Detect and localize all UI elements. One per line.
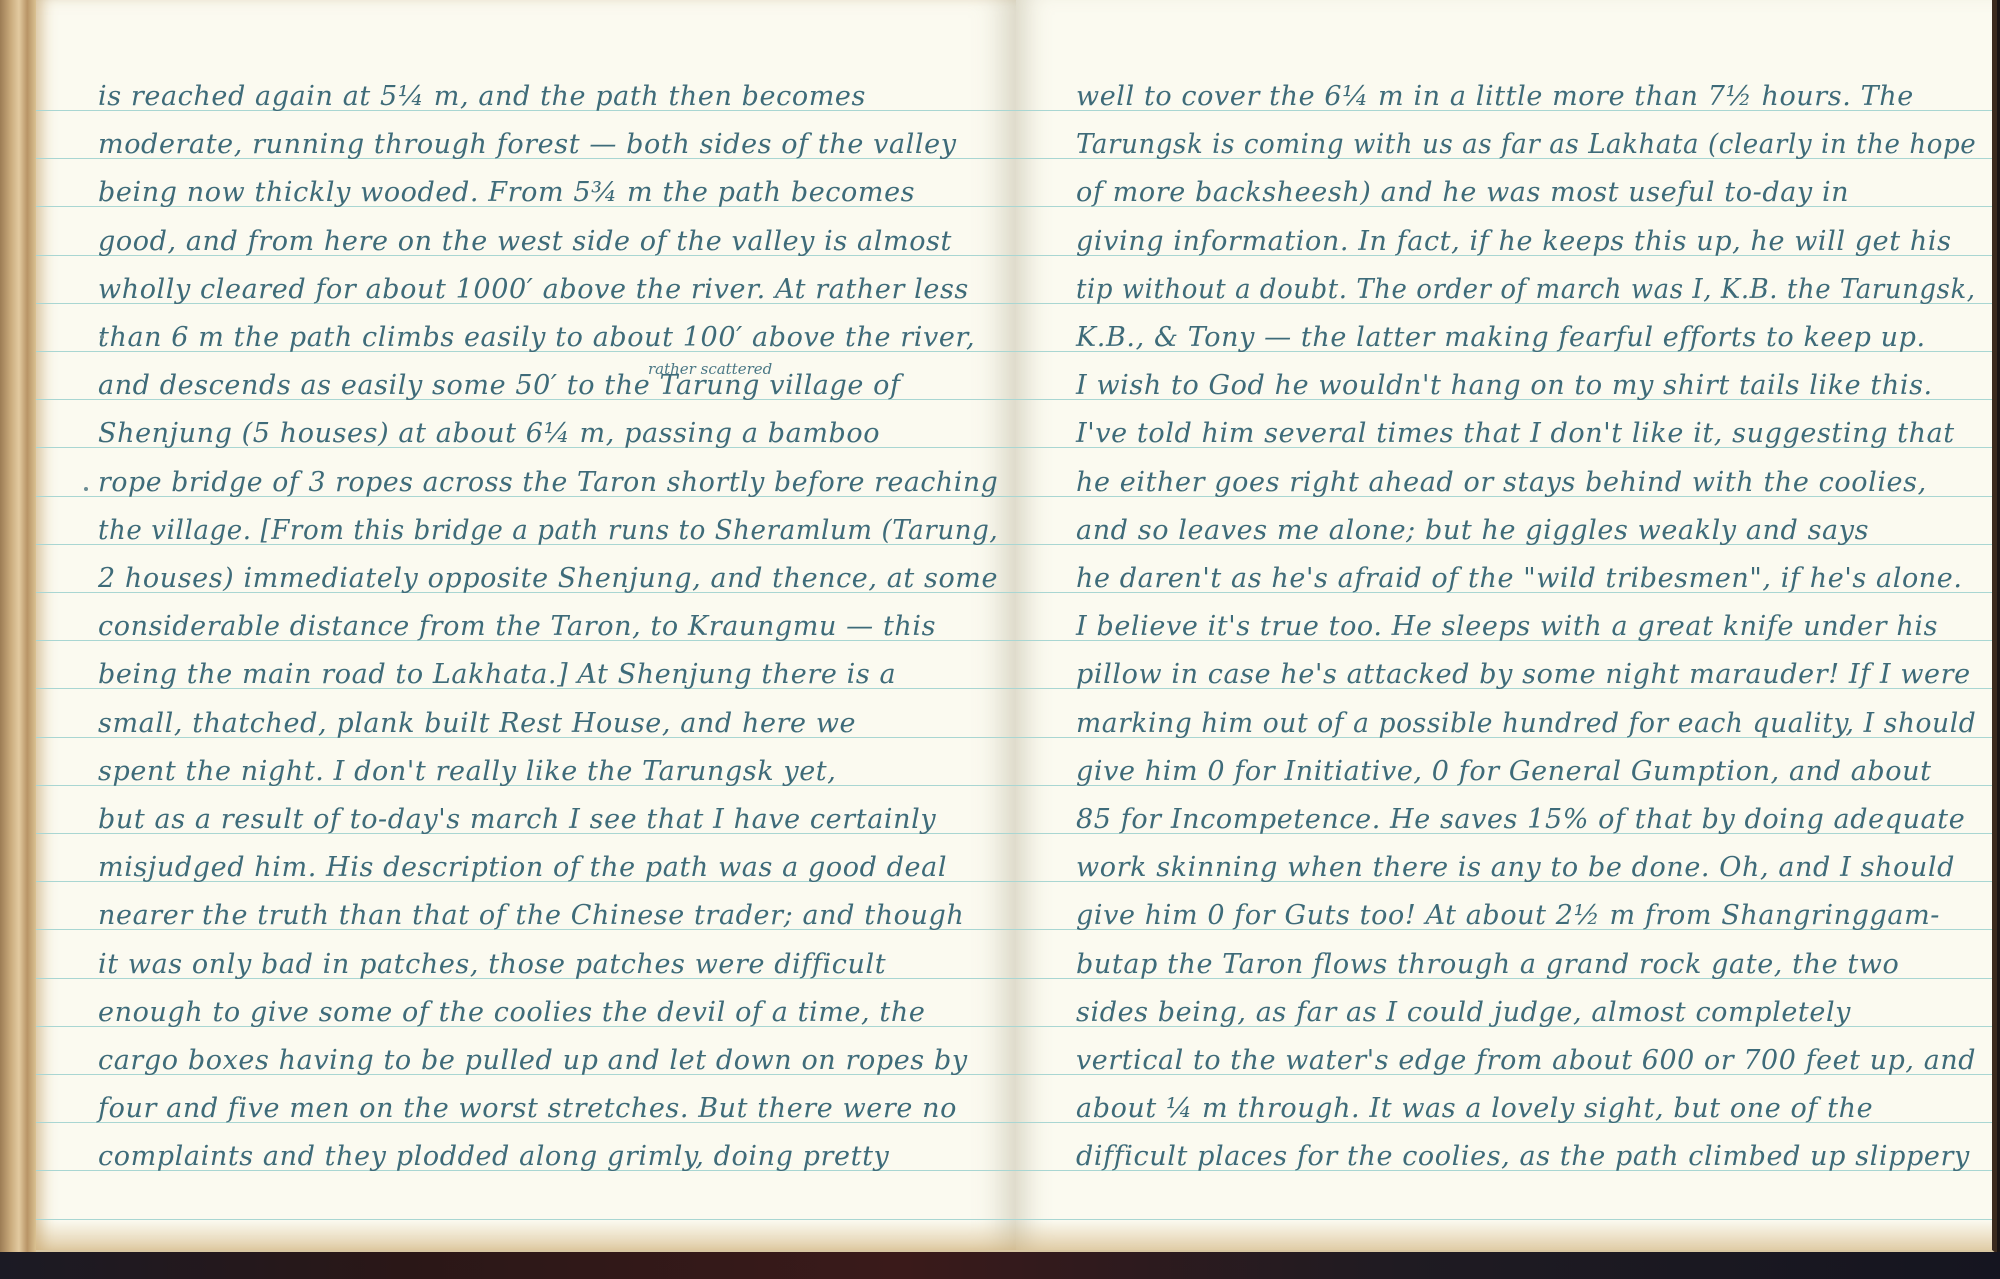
handwritten-line: vertical to the water's edge from about … — [1076, 1044, 1976, 1078]
desk-background — [0, 1252, 2000, 1279]
margin-mark — [84, 487, 88, 491]
handwritten-line: considerable distance from the Taron, to… — [98, 610, 936, 644]
handwritten-line: work skinning when there is any to be do… — [1076, 851, 1955, 885]
handwritten-line: tip without a doubt. The order of march … — [1076, 273, 1976, 307]
handwritten-line: good, and from here on the west side of … — [98, 225, 952, 259]
handwritten-line: is reached again at 5¼ m, and the path t… — [98, 80, 866, 114]
handwritten-line: marking him out of a possible hundred fo… — [1076, 707, 1976, 741]
left-page: is reached again at 5¼ m, and the path t… — [36, 0, 1016, 1254]
handwritten-line: give him 0 for Initiative, 0 for General… — [1076, 755, 1932, 789]
handwritten-line: Shenjung (5 houses) at about 6¼ m, passi… — [98, 417, 880, 451]
handwritten-line: misjudged him. His description of the pa… — [98, 851, 947, 885]
margin-mark — [100, 335, 104, 339]
handwritten-line: moderate, running through forest — both … — [98, 128, 957, 162]
handwritten-line: and so leaves me alone; but he giggles w… — [1076, 514, 1869, 548]
ruled-line — [1016, 1219, 1992, 1220]
ruled-line — [36, 1219, 1016, 1220]
handwritten-line: small, thatched, plank built Rest House,… — [98, 707, 856, 741]
handwritten-line: he either goes right ahead or stays behi… — [1076, 466, 1927, 500]
handwritten-line: I believe it's true too. He sleeps with … — [1076, 610, 1938, 644]
handwritten-line: and descends as easily some 50′ to the T… — [98, 369, 901, 403]
handwritten-line: pillow in case he's attacked by some nig… — [1076, 658, 1971, 692]
handwritten-line: wholly cleared for about 1000′ above the… — [98, 273, 969, 307]
handwritten-line: I wish to God he wouldn't hang on to my … — [1076, 369, 1933, 403]
handwritten-line: difficult places for the coolies, as the… — [1076, 1140, 1970, 1174]
handwritten-line: 2 houses) immediately opposite Shenjung,… — [98, 562, 998, 596]
handwritten-line: about ¼ m through. It was a lovely sight… — [1076, 1092, 1873, 1126]
handwritten-line: being the main road to Lakhata.] At Shen… — [98, 658, 896, 692]
handwritten-line: enough to give some of the coolies the d… — [98, 996, 925, 1030]
handwritten-line: sides being, as far as I could judge, al… — [1076, 996, 1851, 1030]
handwritten-line: but as a result of to-day's march I see … — [98, 803, 936, 837]
handwritten-line: 85 for Incompetence. He saves 15% of tha… — [1076, 803, 1965, 837]
handwritten-line: spent the night. I don't really like the… — [98, 755, 836, 789]
handwritten-line: complaints and they plodded along grimly… — [98, 1140, 889, 1174]
handwritten-line: cargo boxes having to be pulled up and l… — [98, 1044, 968, 1078]
handwritten-line: butap the Taron flows through a grand ro… — [1076, 948, 1899, 982]
interlinear-insertion-note: rather scattered — [648, 360, 772, 378]
handwritten-line: give him 0 for Guts too! At about 2½ m f… — [1076, 899, 1940, 933]
handwritten-line: being now thickly wooded. From 5¾ m the … — [98, 176, 915, 210]
handwritten-line: the village. [From this bridge a path ru… — [98, 514, 998, 548]
handwritten-line: than 6 m the path climbs easily to about… — [98, 321, 975, 355]
handwritten-line: I've told him several times that I don't… — [1076, 417, 1955, 451]
handwritten-line: nearer the truth than that of the Chines… — [98, 899, 964, 933]
handwritten-line: giving information. In fact, if he keeps… — [1076, 225, 1952, 259]
handwritten-line: well to cover the 6¼ m in a little more … — [1076, 80, 1914, 114]
handwritten-line: rope bridge of 3 ropes across the Taron … — [98, 466, 998, 500]
handwritten-line: Tarungsk is coming with us as far as Lak… — [1076, 128, 1976, 162]
handwritten-line: K.B., & Tony — the latter making fearful… — [1076, 321, 1926, 355]
handwritten-line: four and five men on the worst stretches… — [98, 1092, 957, 1126]
right-page: well to cover the 6¼ m in a little more … — [1016, 0, 1997, 1254]
handwritten-line: it was only bad in patches, those patche… — [98, 948, 886, 982]
handwritten-line: of more backsheesh) and he was most usef… — [1076, 176, 1849, 210]
handwritten-line: he daren't as he's afraid of the "wild t… — [1076, 562, 1963, 596]
